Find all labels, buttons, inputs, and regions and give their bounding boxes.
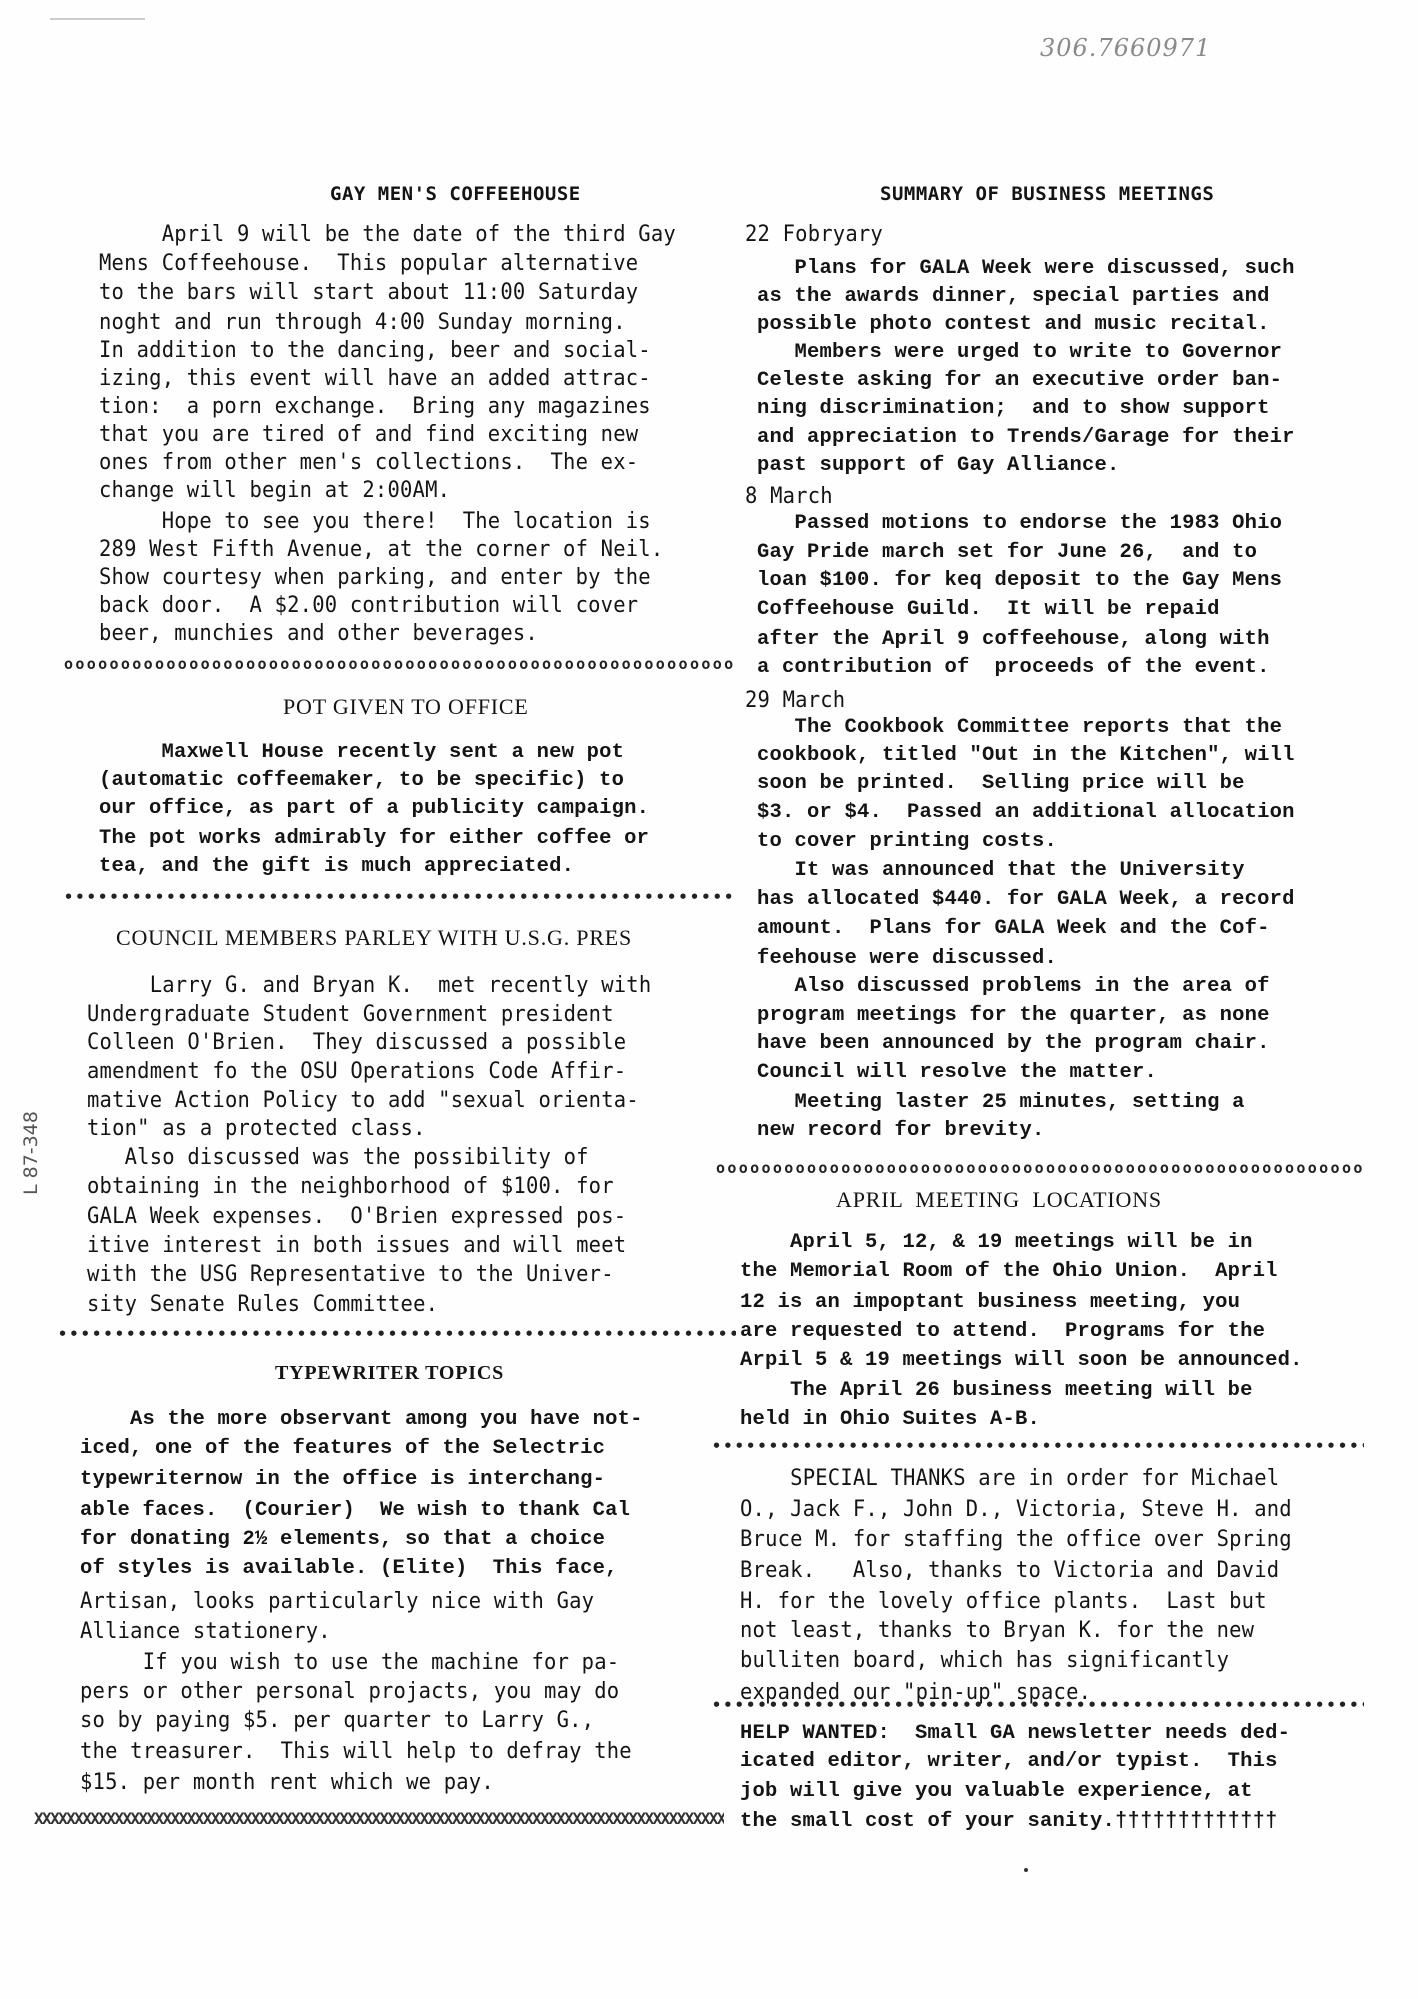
text-line: and appreciation to Trends/Garage for th…: [757, 425, 1295, 451]
text-line: ning discrimination; and to show support: [757, 396, 1270, 422]
text-line: The Cookbook Committee reports that the: [757, 715, 1282, 741]
text-line: (automatic coffeemaker, to be specific) …: [99, 768, 624, 794]
text-line: not least, thanks to Bryan K. for the ne…: [740, 1615, 1254, 1644]
text-line: cookbook, titled "Out in the Kitchen", w…: [757, 743, 1295, 769]
article-heading: GAY MEN'S COFFEEHOUSE: [330, 181, 581, 207]
text-line: Members were urged to write to Governor: [757, 340, 1282, 366]
text-line: Colleen O'Brien. They discussed a possib…: [87, 1027, 626, 1056]
text-line: If you wish to use the machine for pa-: [80, 1647, 619, 1676]
text-line: Maxwell House recently sent a new pot: [99, 740, 624, 766]
text-line: of styles is available. (Elite) This fac…: [80, 1556, 618, 1582]
text-line: icated editor, writer, and/or typist. Th…: [740, 1749, 1278, 1775]
text-line: change will begin at 2:00AM.: [99, 475, 450, 504]
text-line: GALA Week expenses. O'Brien expressed po…: [87, 1201, 626, 1230]
text-line: Celeste asking for an executive order ba…: [757, 368, 1282, 394]
text-line: the small cost of your sanity.††††††††††…: [740, 1809, 1278, 1835]
text-line: Show courtesy when parking, and enter by…: [99, 562, 651, 591]
text-line: Bruce M. for staffing the office over Sp…: [740, 1524, 1292, 1553]
text-line: tea, and the gift is much appreciated.: [99, 854, 574, 880]
text-line: loan $100. for keq deposit to the Gay Me…: [757, 568, 1282, 594]
text-line: Larry G. and Bryan K. met recently with: [87, 970, 651, 999]
text-line: HELP WANTED: Small GA newsletter needs d…: [740, 1721, 1290, 1747]
article-heading: TYPEWRITER TOPICS: [275, 1360, 504, 1386]
text-line: new record for brevity.: [757, 1118, 1045, 1144]
text-line: It was announced that the University: [757, 858, 1245, 884]
text-line: after the April 9 coffeehouse, along wit…: [757, 627, 1270, 653]
text-line: Plans for GALA Week were discussed, such: [757, 256, 1295, 282]
text-line: the Memorial Room of the Ohio Union. Apr…: [740, 1259, 1278, 1285]
text-line: Meeting laster 25 minutes, setting a: [757, 1090, 1245, 1116]
text-line: as the awards dinner, special parties an…: [757, 284, 1270, 310]
text-line: are requested to attend. Programs for th…: [740, 1319, 1265, 1345]
text-line: beer, munchies and other beverages.: [99, 618, 538, 647]
text-line: 289 West Fifth Avenue, at the corner of …: [99, 534, 663, 563]
text-line: Council will resolve the matter.: [757, 1060, 1157, 1086]
text-line: April 9 will be the date of the third Ga…: [99, 219, 676, 248]
text-line: to cover printing costs.: [757, 829, 1057, 855]
text-line: that you are tired of and find exciting …: [99, 419, 638, 448]
text-line: $3. or $4. Passed an additional allocati…: [757, 800, 1295, 826]
text-line: Mens Coffeehouse. This popular alternati…: [99, 248, 638, 277]
text-line: izing, this event will have an added att…: [99, 363, 651, 392]
text-line: Undergraduate Student Government preside…: [87, 999, 614, 1028]
text-line: tion" as a protected class.: [87, 1113, 426, 1142]
text-line: able faces. (Courier) We wish to thank C…: [80, 1498, 630, 1524]
article-heading: APRIL MEETING LOCATIONS: [836, 1187, 1162, 1213]
text-line: H. for the lovely office plants. Last bu…: [740, 1586, 1267, 1615]
text-line: obtaining in the neighborhood of $100. f…: [87, 1171, 614, 1200]
text-line: soon be printed. Selling price will be: [757, 771, 1245, 797]
handwritten-catalog-number: 306.7660971: [1040, 34, 1211, 62]
text-line: tion: a porn exchange. Bring any magazin…: [99, 391, 651, 420]
text-line: In addition to the dancing, beer and soc…: [99, 335, 651, 364]
text-line: iced, one of the features of the Selectr…: [80, 1436, 605, 1462]
text-line: Alliance stationery.: [80, 1616, 331, 1645]
dot-separator: ••••••••••••••••••••••••••••••••••••••••…: [712, 1438, 1364, 1454]
dot-separator: ••••••••••••••••••••••••••••••••••••••••…: [712, 1697, 1364, 1713]
text-line: program meetings for the quarter, as non…: [757, 1003, 1270, 1029]
speck: [1024, 1868, 1028, 1872]
dot-separator: ••••••••••••••••••••••••••••••••••••••••…: [64, 889, 736, 905]
text-line: held in Ohio Suites A-B.: [740, 1407, 1040, 1433]
x-separator: XXXXXXXXXXXXXXXXXXXXXXXXXXXXXXXXXXXXXXXX…: [34, 1810, 724, 1828]
text-line: mative Action Policy to add "sexual orie…: [87, 1085, 639, 1114]
meeting-date: 29 March: [745, 685, 845, 714]
text-line: Also discussed was the possibility of: [87, 1142, 589, 1171]
article-heading: POT GIVEN TO OFFICE: [283, 694, 529, 720]
text-line: job will give you valuable experience, a…: [740, 1779, 1253, 1805]
text-line: the treasurer. This will help to defray …: [80, 1736, 632, 1765]
text-line: have been announced by the program chair…: [757, 1031, 1270, 1057]
text-line: bulliten board, which has significantly: [740, 1645, 1229, 1674]
text-line: has allocated $440. for GALA Week, a rec…: [757, 887, 1295, 913]
article-heading: SUMMARY OF BUSINESS MEETINGS: [880, 181, 1214, 207]
text-line: feehouse were discussed.: [757, 946, 1057, 972]
text-line: so by paying $5. per quarter to Larry G.…: [80, 1705, 594, 1734]
margin-note: L 87-348: [20, 1111, 42, 1195]
meeting-date: 8 March: [745, 481, 833, 510]
text-line: Break. Also, thanks to Victoria and Davi…: [740, 1555, 1279, 1584]
text-line: amount. Plans for GALA Week and the Cof-: [757, 916, 1270, 942]
text-line: Passed motions to endorse the 1983 Ohio: [757, 511, 1282, 537]
text-line: SPECIAL THANKS are in order for Michael: [740, 1463, 1279, 1492]
dot-separator: oooooooooooooooooooooooooooooooooooooooo…: [64, 656, 736, 672]
text-line: O., Jack F., John D., Victoria, Steve H.…: [740, 1494, 1292, 1523]
text-line: past support of Gay Alliance.: [757, 453, 1120, 479]
text-line: typewriternow in the office is interchan…: [80, 1467, 605, 1493]
text-line: The pot works admirably for either coffe…: [99, 826, 649, 852]
meeting-date: 22 Fobryary: [745, 219, 883, 248]
text-line: back door. A $2.00 contribution will cov…: [99, 590, 638, 619]
text-line: for donating 2½ elements, so that a choi…: [80, 1527, 605, 1553]
text-line: noght and run through 4:00 Sunday mornin…: [99, 307, 626, 336]
text-line: Coffeehouse Guild. It will be repaid: [757, 597, 1220, 623]
text-line: Artisan, looks particularly nice with Ga…: [80, 1586, 594, 1615]
text-line: itive interest in both issues and will m…: [87, 1230, 626, 1259]
text-line: Gay Pride march set for June 26, and to: [757, 540, 1257, 566]
text-line: with the USG Representative to the Unive…: [87, 1259, 614, 1288]
dot-separator: ••••••••••••••••••••••••••••••••••••••••…: [58, 1326, 736, 1342]
text-line: pers or other personal projacts, you may…: [80, 1676, 619, 1705]
text-line: April 5, 12, & 19 meetings will be in: [740, 1230, 1253, 1256]
text-line: $15. per month rent which we pay.: [80, 1767, 494, 1796]
text-line: The April 26 business meeting will be: [740, 1378, 1253, 1404]
text-line: possible photo contest and music recital…: [757, 312, 1270, 338]
text-line: ones from other men's collections. The e…: [99, 447, 638, 476]
text-line: sity Senate Rules Committee.: [87, 1289, 438, 1318]
text-line: Also discussed problems in the area of: [757, 974, 1270, 1000]
dot-separator: oooooooooooooooooooooooooooooooooooooooo…: [716, 1160, 1364, 1176]
text-line: our office, as part of a publicity campa…: [99, 796, 649, 822]
newsletter-page: 306.7660971 L 87-348 GAY MEN'S COFFEEHOU…: [0, 0, 1418, 1999]
text-line: 12 is an impoptant business meeting, you: [740, 1290, 1240, 1316]
text-line: to the bars will start about 11:00 Satur…: [99, 277, 638, 306]
article-heading: COUNCIL MEMBERS PARLEY WITH U.S.G. PRES: [116, 925, 632, 951]
text-line: amendment fo the OSU Operations Code Aff…: [87, 1056, 626, 1085]
scan-mark: [50, 18, 145, 20]
text-line: a contribution of proceeds of the event.: [757, 655, 1270, 681]
text-line: Arpil 5 & 19 meetings will soon be annou…: [740, 1348, 1303, 1374]
text-line: As the more observant among you have not…: [80, 1407, 643, 1433]
text-line: Hope to see you there! The location is: [99, 506, 651, 535]
